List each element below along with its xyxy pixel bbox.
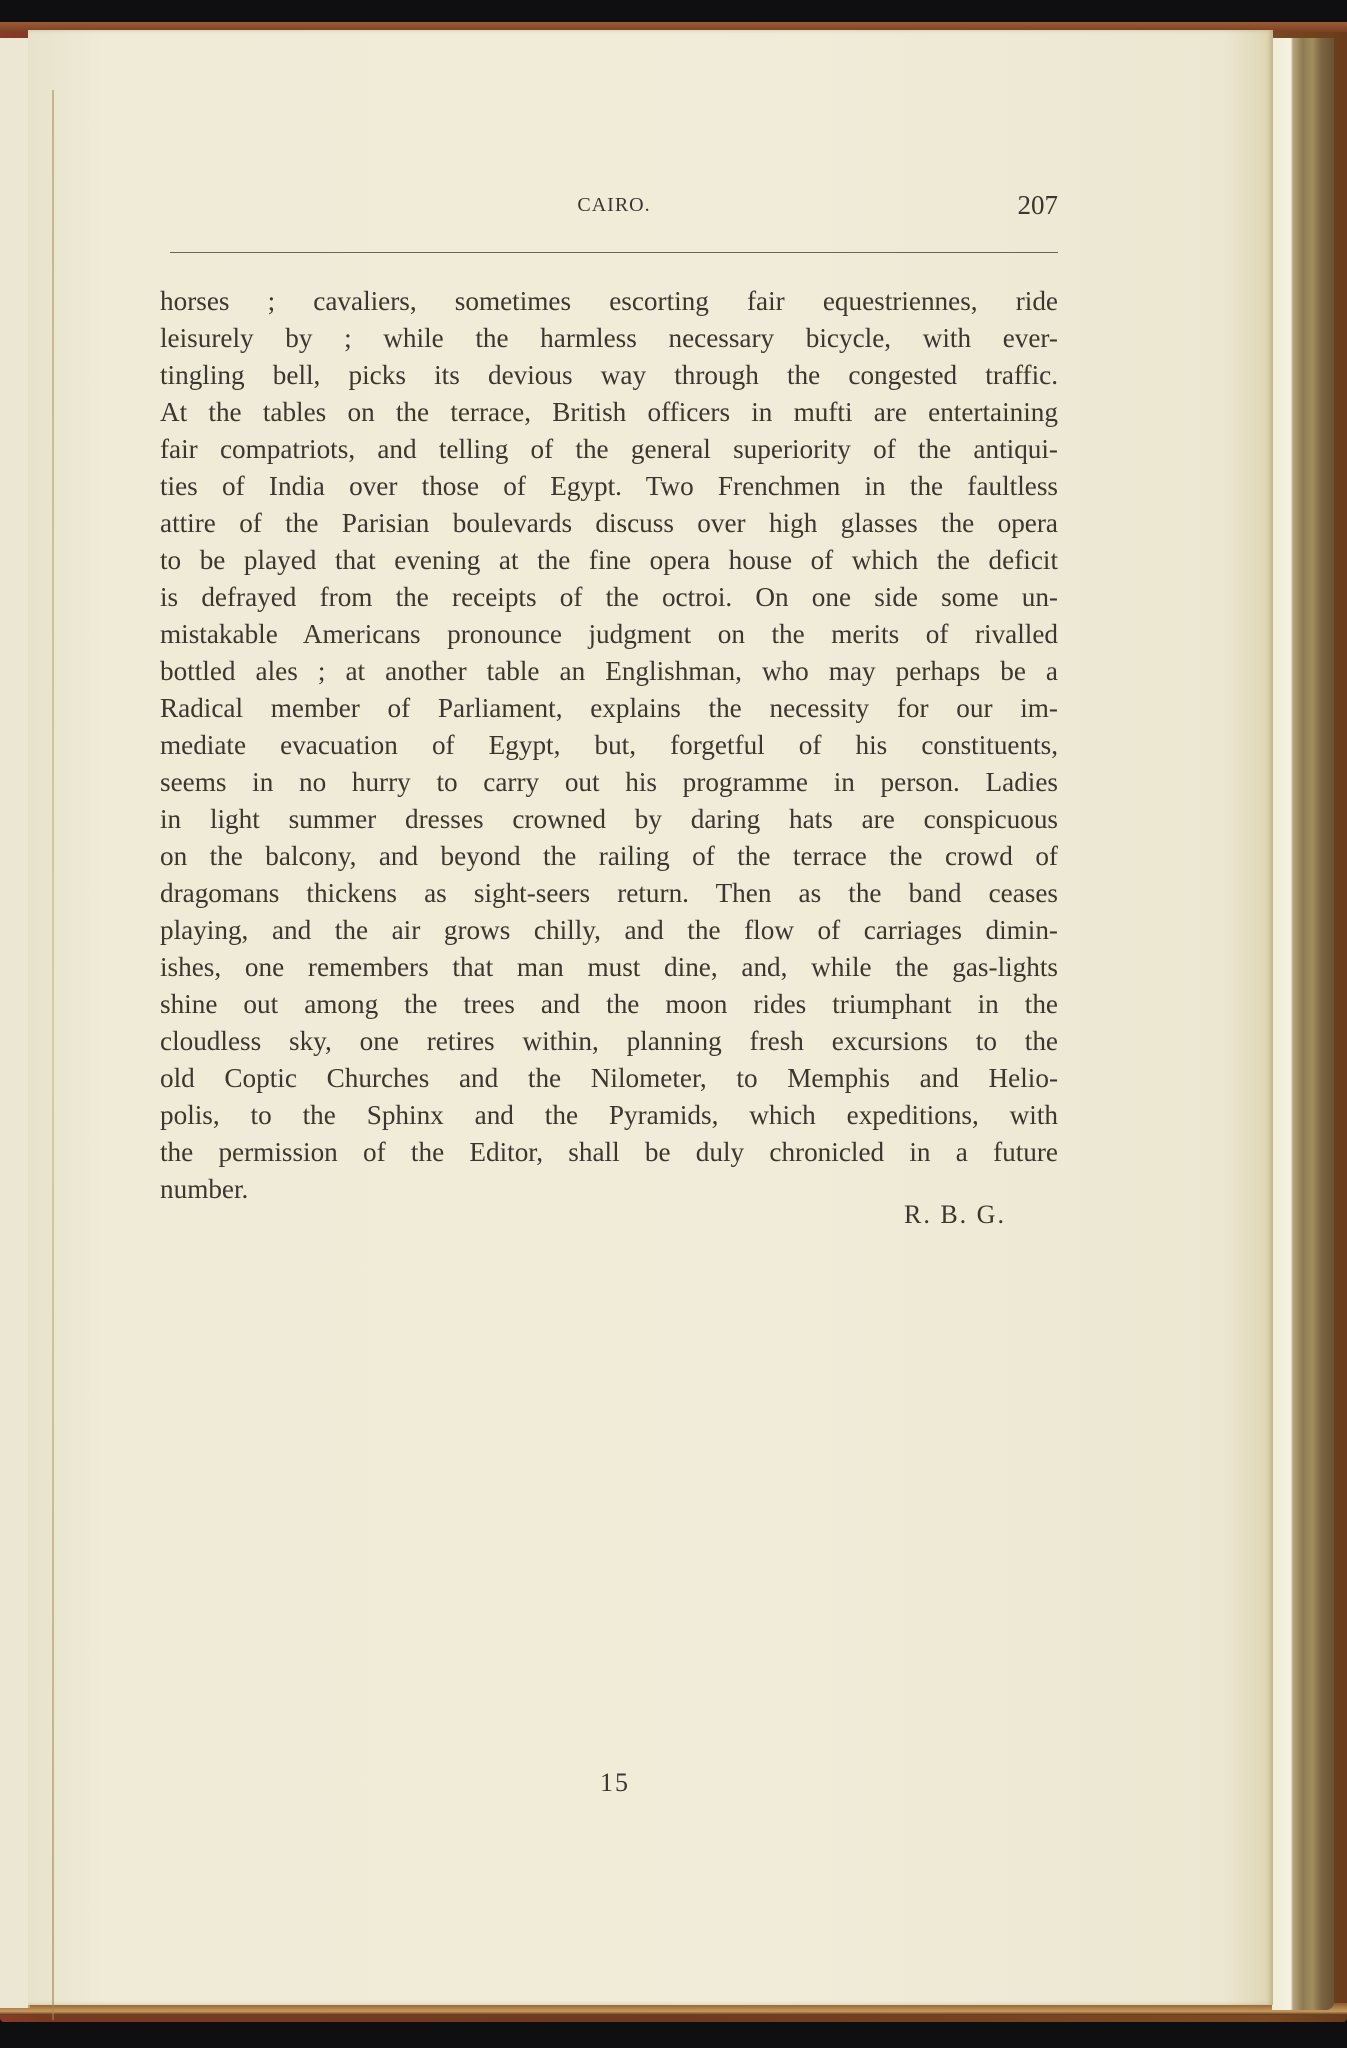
page-stack-fore-edge xyxy=(1272,38,1334,2010)
header-rule xyxy=(170,252,1058,253)
text-line: playing, and the air grows chilly, and t… xyxy=(160,912,1058,949)
text-line: mediate evacuation of Egypt, but, forget… xyxy=(160,727,1058,764)
text-line: dragomans thickens as sight-seers return… xyxy=(160,875,1058,912)
text-line: horses ; cavaliers, sometimes escorting … xyxy=(160,283,1058,320)
text-line: cloudless sky, one retires within, plann… xyxy=(160,1023,1058,1060)
text-line: mistakable Americans pronounce judgment … xyxy=(160,616,1058,653)
printer-signature-mark: 15 xyxy=(600,1768,630,1798)
text-line: ishes, one remembers that man must dine,… xyxy=(160,949,1058,986)
text-line: Radical member of Parliament, explains t… xyxy=(160,690,1058,727)
page-number: 207 xyxy=(1018,190,1059,221)
body-text: horses ; cavaliers, sometimes escorting … xyxy=(160,283,1058,1208)
running-title: CAIRO. xyxy=(170,194,1058,217)
text-line: in light summer dresses crowned by darin… xyxy=(160,801,1058,838)
previous-page-edge xyxy=(0,38,30,2008)
text-line: shine out among the trees and the moon r… xyxy=(160,986,1058,1023)
text-line: attire of the Parisian boulevards discus… xyxy=(160,505,1058,542)
text-line: tingling bell, picks its devious way thr… xyxy=(160,357,1058,394)
text-line: old Coptic Churches and the Nilometer, t… xyxy=(160,1060,1058,1097)
text-line: fair compatriots, and telling of the gen… xyxy=(160,431,1058,468)
gutter-crease xyxy=(52,90,54,2020)
text-line: At the tables on the terrace, British of… xyxy=(160,394,1058,431)
text-line: the permission of the Editor, shall be d… xyxy=(160,1134,1058,1171)
text-line: on the balcony, and beyond the railing o… xyxy=(160,838,1058,875)
text-line: seems in no hurry to carry out his progr… xyxy=(160,764,1058,801)
text-line: is defrayed from the receipts of the oct… xyxy=(160,579,1058,616)
text-line: polis, to the Sphinx and the Pyramids, w… xyxy=(160,1097,1058,1134)
running-head: CAIRO. 207 xyxy=(170,194,1058,224)
text-line: bottled ales ; at another table an Engli… xyxy=(160,653,1058,690)
author-signature: R. B. G. xyxy=(904,1200,1006,1230)
text-line: to be played that evening at the fine op… xyxy=(160,542,1058,579)
text-line: ties of India over those of Egypt. Two F… xyxy=(160,468,1058,505)
text-line: leisurely by ; while the harmless necess… xyxy=(160,320,1058,357)
